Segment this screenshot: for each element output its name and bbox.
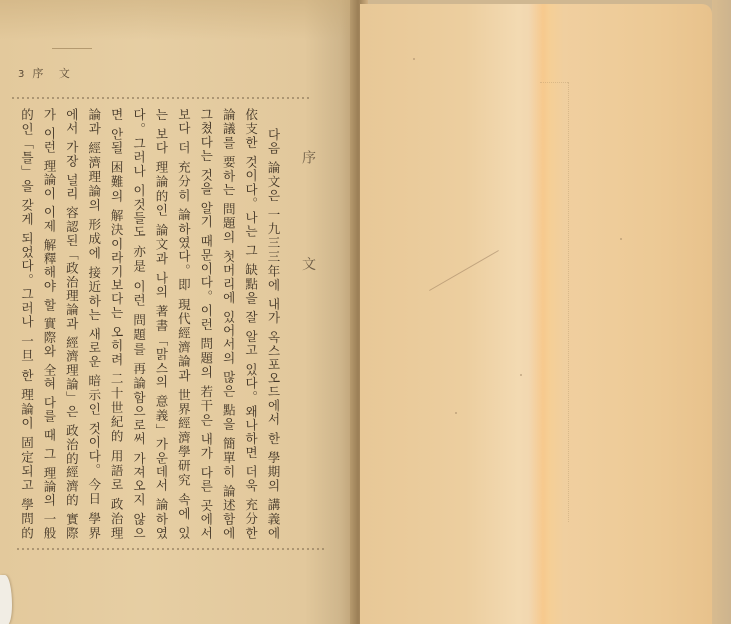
running-head: 3序 文 [18, 65, 76, 81]
page-edge [712, 0, 731, 624]
header-rule [52, 48, 92, 49]
page-number: 3 [18, 69, 24, 80]
ornamental-rule-top [10, 95, 310, 101]
paper-speck [520, 374, 522, 376]
paper-speck [455, 412, 457, 414]
torn-corner [0, 575, 12, 624]
chapter-title: 序 文 [296, 150, 318, 314]
paper-speck [620, 238, 622, 240]
ornamental-rule-bottom [15, 546, 325, 552]
left-page: 3序 文 序 文 다음 論文은 一九三三年에 내가 옥스포오드에서 한 學期의 … [0, 0, 358, 624]
bleed-through-line-top [540, 82, 568, 83]
body-text: 다음 論文은 一九三三年에 내가 옥스포오드에서 한 學期의 講義에 依支한 것… [14, 108, 284, 540]
paper-speck [413, 58, 415, 60]
book-spread: 3序 文 序 文 다음 論文은 一九三三年에 내가 옥스포오드에서 한 學期의 … [0, 0, 731, 624]
paragraph: 다음 論文은 一九三三年에 내가 옥스포오드에서 한 學期의 講義에 依支한 것… [14, 108, 284, 540]
bleed-through-line [568, 82, 569, 522]
right-page [360, 4, 712, 624]
running-head-title: 序 文 [32, 67, 76, 80]
